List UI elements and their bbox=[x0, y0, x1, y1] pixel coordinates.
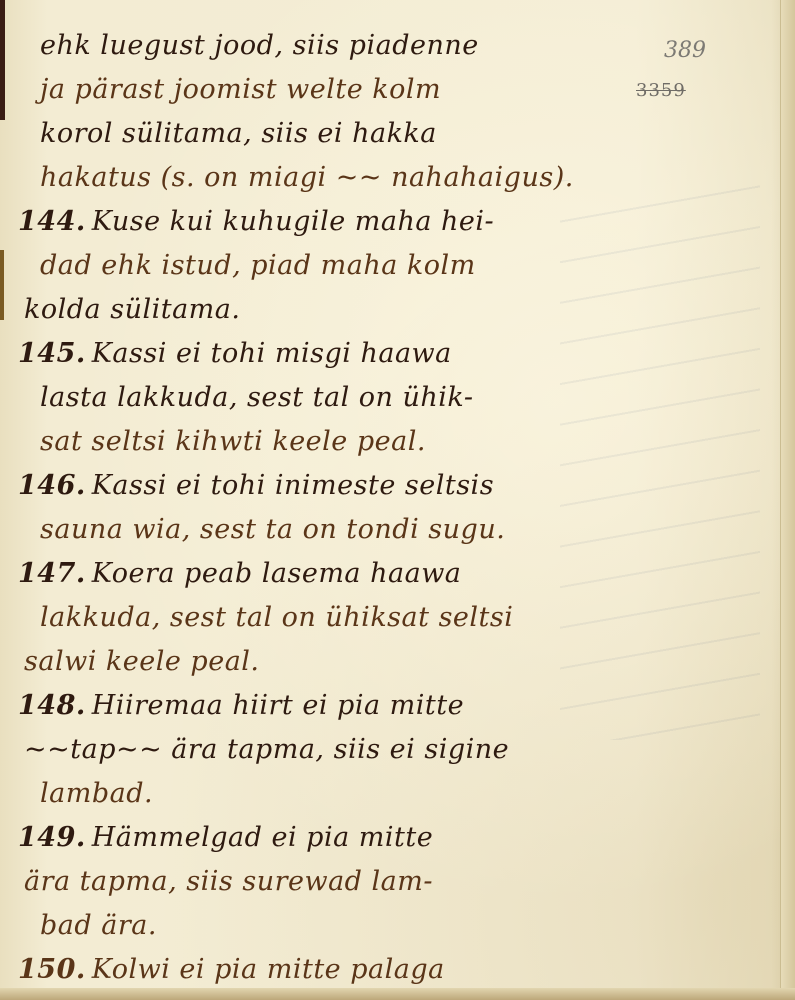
entry-145: 145.Kassi ei tohi misgi haawa bbox=[18, 332, 678, 376]
binding-edge bbox=[0, 0, 5, 120]
text-line: ja pärast joomist welte kolm bbox=[18, 68, 678, 112]
text-line: sat seltsi kihwti keele peal. bbox=[18, 420, 678, 464]
text-line: lasta lakkuda, sest tal on ühik- bbox=[18, 376, 678, 420]
manuscript-page: 389 3359 ehk luegust jood, siis piadenne… bbox=[0, 0, 795, 1000]
text-line: sauna wia, sest ta on tondi sugu. bbox=[18, 508, 678, 552]
text-line: bad ära. bbox=[18, 904, 678, 948]
entry-144: 144.Kuse kui kuhugile maha hei- bbox=[18, 200, 678, 244]
text-line: salwi keele peal. bbox=[18, 640, 678, 684]
entry-147: 147.Koera peab lasema haawa bbox=[18, 552, 678, 596]
entry-148: 148.Hiiremaa hiirt ei pia mitte bbox=[18, 684, 678, 728]
text-line: ära tapma, siis surewad lam- bbox=[18, 860, 678, 904]
text-line: ehk luegust jood, siis piadenne bbox=[18, 24, 678, 68]
entry-150: 150.Kolwi ei pia mitte palaga bbox=[18, 948, 678, 992]
page-right-edge bbox=[780, 0, 795, 1000]
binding-edge-lower bbox=[0, 250, 4, 320]
text-line: ~~tap~~ ära tapma, siis ei sigine bbox=[18, 728, 678, 772]
text-line: korol sülitama, siis ei hakka bbox=[18, 112, 678, 156]
text-line: kolda sülitama. bbox=[18, 288, 678, 332]
entry-149: 149.Hämmelgad ei pia mitte bbox=[18, 816, 678, 860]
text-line: lakkuda, sest tal on ühiksat seltsi bbox=[18, 596, 678, 640]
text-line: dad ehk istud, piad maha kolm bbox=[18, 244, 678, 288]
entry-146: 146.Kassi ei tohi inimeste seltsis bbox=[18, 464, 678, 508]
text-line: hakatus (s. on miagi ~~ nahahaigus). bbox=[18, 156, 678, 200]
text-line: lambad. bbox=[18, 772, 678, 816]
handwritten-text: ehk luegust jood, siis piadenne ja päras… bbox=[18, 24, 678, 992]
